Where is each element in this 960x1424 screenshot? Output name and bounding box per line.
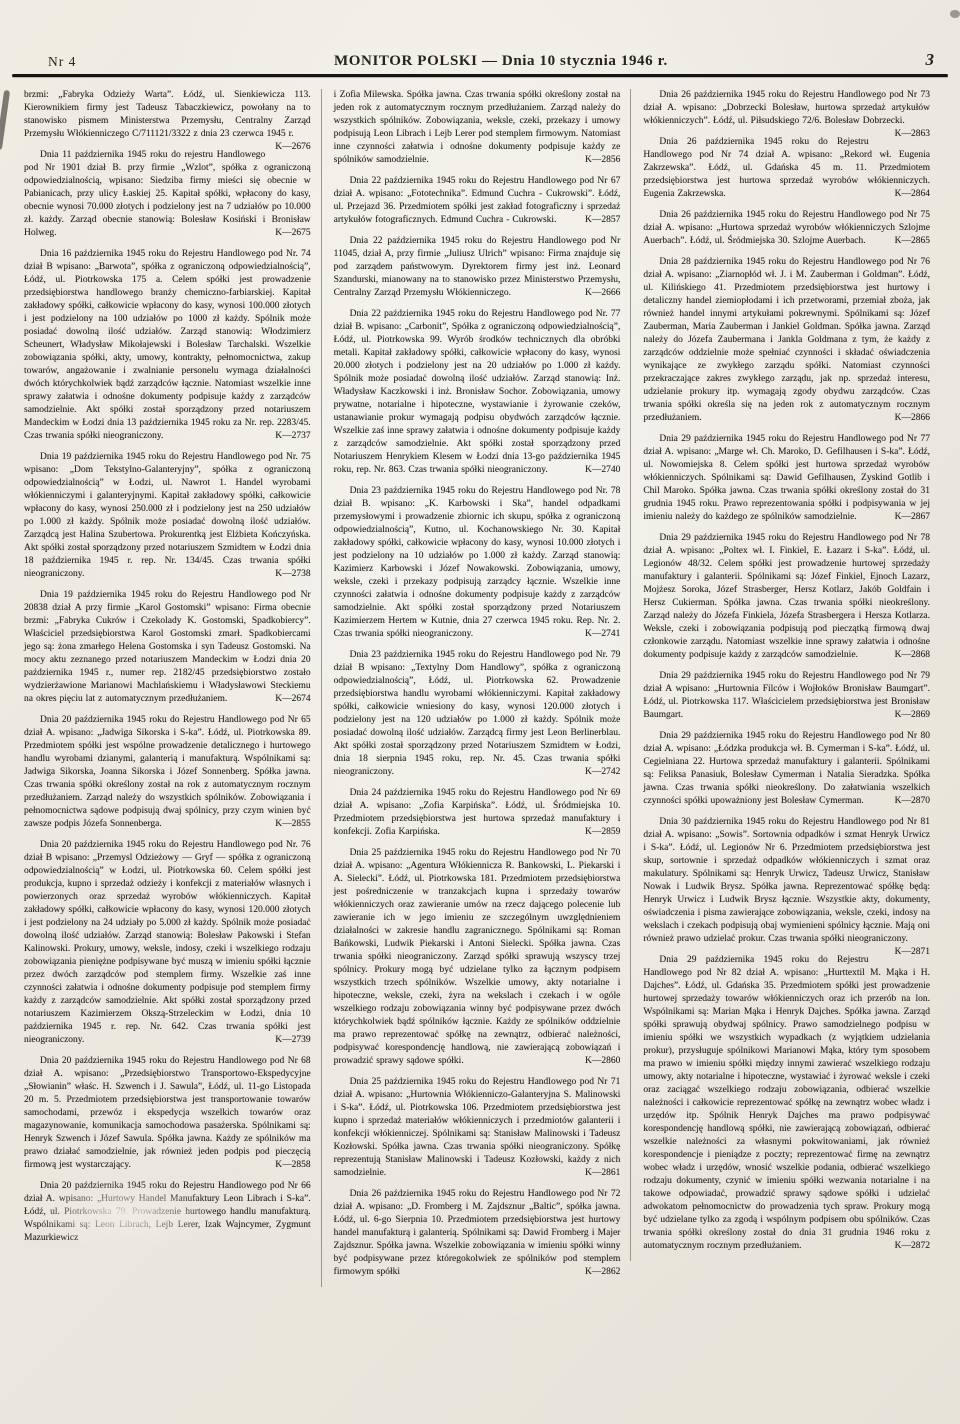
- entry-ref: K—2864: [869, 188, 930, 201]
- entry-text: Dnia 19 października 1945 roku do Rejest…: [24, 590, 311, 704]
- registry-entry: Dnia 26 października 1945 roku do Rejest…: [643, 136, 930, 201]
- entry-text: Dnia 19 października 1945 roku do Rejest…: [24, 452, 311, 579]
- registry-entry: Dnia 16 października 1945 roku do Rejest…: [24, 248, 311, 443]
- entry-ref: K—2870: [869, 795, 930, 808]
- page-number: 3: [926, 50, 935, 70]
- registry-entry: Dnia 29 października 1945 roku do Rejest…: [643, 670, 930, 722]
- entry-ref: K—2855: [249, 818, 310, 831]
- entry-ref: K—2740: [559, 464, 620, 477]
- entry-ref: K—2859: [559, 826, 620, 839]
- entry-ref: K—2675: [249, 227, 310, 240]
- registry-entry: Dnia 23 października 1945 roku do Rejest…: [334, 649, 621, 779]
- entry-ref: K—2872: [869, 1240, 930, 1253]
- content-columns: brzmi: „Fabryka Odzieży Warta”. Łódź, ul…: [0, 89, 960, 1287]
- entry-ref: K—2861: [559, 1167, 620, 1180]
- entry-text: Dnia 22 października 1945 roku do Rejest…: [334, 309, 621, 475]
- scanned-gazette-page: Nr 4 MONITOR POLSKI — Dnia 10 stycznia 1…: [0, 0, 960, 1424]
- entry-text: i Zofia Milewska. Spółka jawna. Czas trw…: [334, 90, 621, 165]
- entry-text: Dnia 20 października 1945 roku do Rejest…: [24, 1056, 311, 1170]
- registry-entry: Dnia 29 października 1945 roku do Rejest…: [643, 730, 930, 808]
- registry-entry: Dnia 25 października 1945 roku do Rejest…: [334, 1076, 621, 1180]
- entry-ref: K—2863: [869, 128, 930, 141]
- entry-text: Dnia 29 października 1945 roku do Rejest…: [643, 955, 930, 1251]
- entry-ref: K—2742: [559, 766, 620, 779]
- issue-number: Nr 4: [48, 54, 76, 70]
- entry-ref: K—2862: [559, 1266, 620, 1279]
- entry-text: Dnia 20 października 1945 roku do Rejest…: [24, 715, 311, 829]
- entry-text: Dnia 11 października 1945 roku do rejest…: [24, 150, 311, 238]
- column-1: brzmi: „Fabryka Odzieży Warta”. Łódź, ul…: [24, 89, 321, 1253]
- entry-ref: K—2871: [869, 946, 930, 959]
- registry-entry: Dnia 11 października 1945 roku do rejest…: [24, 149, 311, 240]
- entry-text: Dnia 25 października 1945 roku do Rejest…: [334, 1077, 621, 1178]
- registry-entry: Dnia 22 października 1945 roku do Rejest…: [334, 235, 621, 300]
- entry-text: Dnia 30 października 1945 roku do Rejest…: [643, 817, 930, 944]
- column-3: Dnia 26 października 1945 roku do Rejest…: [630, 89, 940, 1261]
- entry-ref: K—2860: [559, 1055, 620, 1068]
- registry-entry: Dnia 23 października 1945 roku do Rejest…: [334, 485, 621, 641]
- registry-entry: Dnia 20 października 1945 roku do Rejest…: [24, 1055, 311, 1172]
- registry-entry: Dnia 30 października 1945 roku do Rejest…: [643, 816, 930, 946]
- entry-ref: K—2741: [559, 628, 620, 641]
- entry-ref: K—2867: [869, 511, 930, 524]
- header-rule: [12, 74, 948, 77]
- column-2: i Zofia Milewska. Spółka jawna. Czas trw…: [321, 89, 631, 1287]
- entry-text: Dnia 23 października 1945 roku do Rejest…: [334, 486, 621, 639]
- entry-ref: K—2868: [869, 649, 930, 662]
- entry-ref: K—2738: [249, 568, 310, 581]
- registry-entry: Dnia 24 października 1945 roku do Rejest…: [334, 787, 621, 839]
- entry-ref: K—2737: [249, 430, 310, 443]
- entry-text: Dnia 26 października 1945 roku do Rejest…: [334, 1189, 621, 1277]
- entry-text: Dnia 20 października 1945 roku do Rejest…: [24, 1181, 311, 1243]
- entry-text: Dnia 29 października 1945 roku do Rejest…: [643, 731, 930, 806]
- entry-ref: K—2739: [249, 1034, 310, 1047]
- registry-entry: Dnia 20 października 1945 roku do Rejest…: [24, 714, 311, 831]
- entry-ref: K—2869: [869, 709, 930, 722]
- entry-text: Dnia 23 października 1945 roku do Rejest…: [334, 650, 621, 777]
- registry-entry: Dnia 22 października 1945 roku do Rejest…: [334, 308, 621, 477]
- entry-text: Dnia 29 października 1945 roku do Rejest…: [643, 533, 930, 660]
- entry-ref: K—2857: [559, 214, 620, 227]
- registry-entry: Dnia 25 października 1945 roku do Rejest…: [334, 847, 621, 1068]
- registry-entry: brzmi: „Fabryka Odzieży Warta”. Łódź, ul…: [24, 89, 311, 141]
- entry-ref: K—2866: [869, 412, 930, 425]
- entry-text: Dnia 28 października 1945 roku do Rejest…: [643, 257, 930, 423]
- registry-entry: Dnia 26 października 1945 roku do Rejest…: [334, 1188, 621, 1279]
- registry-entry: Dnia 29 października 1945 roku do Rejest…: [643, 954, 930, 1253]
- entry-text: brzmi: „Fabryka Odzieży Warta”. Łódź, ul…: [24, 90, 311, 139]
- registry-entry: Dnia 26 października 1945 roku do Rejest…: [643, 209, 930, 248]
- entry-text: Dnia 16 października 1945 roku do Rejest…: [24, 249, 311, 441]
- entry-text: Dnia 20 października 1945 roku do Rejest…: [24, 840, 311, 1045]
- entry-ref: K—2666: [559, 287, 620, 300]
- entry-text: Dnia 29 października 1945 roku do Rejest…: [643, 434, 930, 522]
- masthead-title: MONITOR POLSKI — Dnia 10 stycznia 1946 r…: [76, 53, 925, 70]
- registry-entry: Dnia 26 października 1945 roku do Rejest…: [643, 89, 930, 128]
- entry-text: Dnia 25 października 1945 roku do Rejest…: [334, 848, 621, 1066]
- entry-ref: K—2856: [575, 154, 620, 167]
- registry-entry: Dnia 20 października 1945 roku do Rejest…: [24, 839, 311, 1047]
- registry-entry: Dnia 19 października 1945 roku do Rejest…: [24, 451, 311, 581]
- registry-entry: Dnia 29 października 1945 roku do Rejest…: [643, 433, 930, 524]
- registry-entry: Dnia 20 października 1945 roku do Rejest…: [24, 1180, 311, 1245]
- registry-entry: Dnia 19 października 1945 roku do Rejest…: [24, 589, 311, 706]
- registry-entry: Dnia 28 października 1945 roku do Rejest…: [643, 256, 930, 425]
- registry-entry: Dnia 22 października 1945 roku do Rejest…: [334, 175, 621, 227]
- entry-ref: K—2858: [249, 1159, 310, 1172]
- registry-entry: i Zofia Milewska. Spółka jawna. Czas trw…: [334, 89, 621, 167]
- entry-text: Dnia 26 października 1945 roku do Rejest…: [643, 90, 930, 126]
- entry-ref: K—2865: [869, 235, 930, 248]
- page-header: Nr 4 MONITOR POLSKI — Dnia 10 stycznia 1…: [0, 0, 960, 70]
- entry-ref: K—2676: [265, 141, 310, 154]
- registry-entry: Dnia 29 października 1945 roku do Rejest…: [643, 532, 930, 662]
- entry-ref: K—2674: [249, 693, 310, 706]
